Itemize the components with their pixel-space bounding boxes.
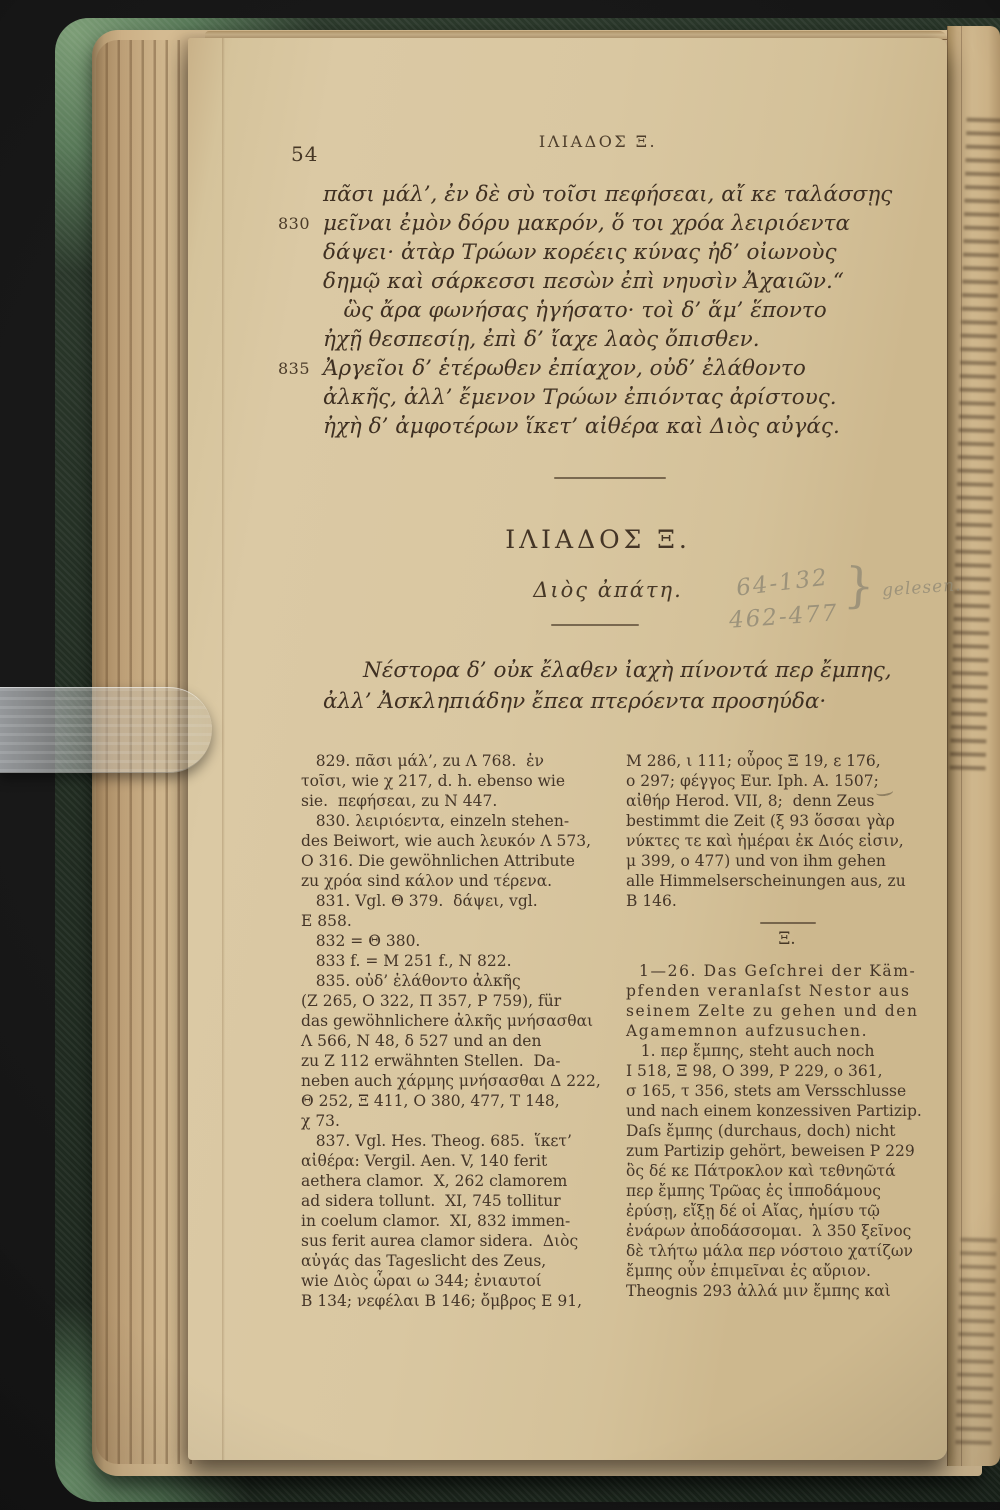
commentary-right-column-rest: 1. περ ἔμπης, steht auch nochI 518, Ξ 98… <box>626 1041 950 1301</box>
text-line: νύκτες τε καὶ ἡμέραι ἐκ Διός εἰσιν, <box>626 831 950 851</box>
commentary-left-column: 829. πᾶσι μάλ’, zu Λ 768. ἐντοῖσι, wie χ… <box>301 751 606 1311</box>
text-line: 831. Vgl. Θ 379. δάψει, vgl. <box>301 891 606 911</box>
text-line: ad sidera tollunt. XI, 745 tollitur <box>301 1191 606 1211</box>
text-line: sus ferit aurea clamor sidera. Διὸς <box>301 1231 606 1251</box>
text-line: αἰθήρ Herod. VII, 8; denn Zeus <box>626 791 950 811</box>
text-line: ο 297; φέγγος Eur. Iph. A. 1507; <box>626 771 950 791</box>
text-line: πᾶσι μάλ’, ἐν δὲ σὺ τοῖσι πεφήσεαι, αἴ κ… <box>323 180 892 209</box>
text-line: E 858. <box>301 911 606 931</box>
page-marker-tab <box>0 687 212 773</box>
section-title: ΙΛΙΑΔΟΣ Ξ. <box>505 525 691 554</box>
text-line: und nach einem konzessiven Partizip. <box>626 1101 950 1121</box>
text-line: seinem Zelte zu gehen und den <box>626 1001 950 1021</box>
text-line: pfenden veranlaſst Nestor aus <box>626 981 950 1001</box>
text-line: 1. περ ἔμπης, steht auch noch <box>626 1041 950 1061</box>
text-line: zu Z 112 erwähnten Stellen. Da- <box>301 1051 606 1071</box>
subtitle-rule <box>551 624 639 626</box>
book-page: 54 ΙΛΙΑΔΟΣ Ξ. 830 835 πᾶσι μάλ’, ἐν δὲ σ… <box>188 38 947 1460</box>
text-line: 835. οὐδ’ ἐλάθοντο ἀλκῆς <box>301 971 606 991</box>
verse-line-number-830: 830 <box>278 214 310 233</box>
blurred-facing-text-top <box>949 118 1000 779</box>
text-line: δὲ τλήτω μάλα περ νόστοιο χατίζων <box>626 1241 950 1261</box>
text-line: δάψει· ἀτὰρ Τρώων κορέεις κύνας ἠδ’ οἰων… <box>323 238 892 267</box>
text-line: αἰθέρα: Vergil. Aen. V, 140 ferit <box>301 1151 606 1171</box>
text-line: Ἀργεῖοι δ’ ἑτέρωθεν ἐπίαχον, οὐδ’ ἐλάθον… <box>323 354 892 383</box>
text-line: zu χρόα sind κάλον und τέρενα. <box>301 871 606 891</box>
text-line: Theognis 293 ἀλλά μιν ἔμπης καὶ <box>626 1281 950 1301</box>
page-crease <box>222 38 225 1460</box>
commentary-right-column-top: M 286, ι 111; οὖρος Ξ 19, ε 176,ο 297; φ… <box>626 751 950 911</box>
text-line: ἔμπης οὖν ἐπιμεῖναι ἐς αὔριον. <box>626 1261 950 1281</box>
text-line: Daſs ἔμπης (durchaus, doch) nicht <box>626 1121 950 1141</box>
text-line: δημῷ καὶ σάρκεσσι πεσὼν ἐπὶ νηυσὶν Ἀχαιῶ… <box>323 267 892 296</box>
text-line: ὣς ἄρα φωνήσας ἡγήσατο· τοὶ δ’ ἅμ’ ἕποντ… <box>323 296 892 325</box>
text-line: das gewöhnlichere ἀλκῆς μνήσασθαι <box>301 1011 606 1031</box>
handwritten-line-range-2: 462-477 <box>728 600 839 634</box>
handwritten-brace: } <box>843 557 876 615</box>
text-line: 833 f. = M 251 f., N 822. <box>301 951 606 971</box>
intro-verse-line-2: ἀλλ’ Ἀσκληπιάδην ἔπεα πτερόεντα προσηύδα… <box>323 689 826 714</box>
running-head: ΙΛΙΑΔΟΣ Ξ. <box>539 132 657 151</box>
text-line: 830. λειριόεντα, einzeln stehen- <box>301 811 606 831</box>
text-line: χ 73. <box>301 1111 606 1131</box>
text-line: 837. Vgl. Hes. Theog. 685. ἵκετ’ <box>301 1131 606 1151</box>
text-line: ἐρύσῃ, εἴξῃ δέ οἱ Αἴας, ἡμίσυ τῷ <box>626 1201 950 1221</box>
text-line: B 134; νεφέλαι B 146; ὄμβρος E 91, <box>301 1291 606 1311</box>
text-line: sie. πεφήσεαι, zu N 447. <box>301 791 606 811</box>
text-line: Λ 566, N 48, δ 527 und an den <box>301 1031 606 1051</box>
text-line: ἠχὴ δ’ ἀμφοτέρων ἵκετ’ αἰθέρα καὶ Διὸς α… <box>323 412 892 441</box>
section-divider-rule <box>554 477 666 479</box>
page-number: 54 <box>291 142 318 166</box>
text-line: des Beiwort, wie auch λευκόν Λ 573, <box>301 831 606 851</box>
section-subtitle: Διὸς ἀπάτη. <box>533 578 683 602</box>
book-photo-scene: 54 ΙΛΙΑΔΟΣ Ξ. 830 835 πᾶσι μάλ’, ἐν δὲ σ… <box>0 0 1000 1510</box>
text-line: μεῖναι ἐμὸν δόρυ μακρόν, ὅ τοι χρόα λειρ… <box>323 209 892 238</box>
text-line: M 286, ι 111; οὖρος Ξ 19, ε 176, <box>626 751 950 771</box>
text-line: Θ 252, Ξ 411, O 380, 477, T 148, <box>301 1091 606 1111</box>
text-line: ἐνάρων ἀποδάσσομαι. λ 350 ξεῖνος <box>626 1221 950 1241</box>
text-line: I 518, Ξ 98, O 399, P 229, ο 361, <box>626 1061 950 1081</box>
text-line: 832 = Θ 380. <box>301 931 606 951</box>
text-line: alle Himmelserscheinungen aus, zu <box>626 871 950 891</box>
text-line: ἠχῇ θεσπεσίῃ, ἐπὶ δ’ ἴαχε λαὸς ὄπισθεν. <box>323 325 892 354</box>
right-column-rule <box>760 922 816 924</box>
text-line: σ 165, τ 356, stets am Versschlusse <box>626 1081 950 1101</box>
text-line: B 146. <box>626 891 950 911</box>
text-line: aethera clamor. X, 262 clamorem <box>301 1171 606 1191</box>
text-line: (Z 265, O 322, Π 357, P 759), für <box>301 991 606 1011</box>
intro-verse-line-1: Νέστορα δ’ οὐκ ἔλαθεν ἰαχὴ πίνοντά περ ἔ… <box>363 658 892 683</box>
fore-edge-pages <box>947 26 1000 1466</box>
text-line: O 316. Die gewöhnlichen Attribute <box>301 851 606 871</box>
text-line: ὃς δέ κε Πάτροκλον καὶ τεθνηῶτά <box>626 1161 950 1181</box>
text-line: περ ἔμπης Τρῶας ἐς ἱπποδάμους <box>626 1181 950 1201</box>
text-line: ἀλκῆς, ἀλλ’ ἔμενον Τρώων ἐπιόντας ἀρίστο… <box>323 383 892 412</box>
verse-line-number-835: 835 <box>278 359 310 378</box>
text-line: Agamemnon aufzusuchen. <box>626 1021 950 1041</box>
commentary-right-column-spaced: 1—26. Das Geſchrei der Käm-pfenden veran… <box>626 961 950 1041</box>
text-line: τοῖσι, wie χ 217, d. h. ebenso wie <box>301 771 606 791</box>
text-line: wie Διὸς ὧραι ω 344; ἐνιαυτοί <box>301 1271 606 1291</box>
text-line: zum Partizip gehört, beweisen P 229 <box>626 1141 950 1161</box>
text-line: 1—26. Das Geſchrei der Käm- <box>626 961 950 981</box>
text-line: neben auch χάρμης μνήσασθαι Δ 222, <box>301 1071 606 1091</box>
text-line: αὐγάς das Tageslicht des Zeus, <box>301 1251 606 1271</box>
text-line: bestimmt die Zeit (ξ 93 ὅσσαι γὰρ <box>626 811 950 831</box>
text-line: in coelum clamor. XI, 832 immen- <box>301 1211 606 1231</box>
text-line: μ 399, ο 477) und von ihm gehen <box>626 851 950 871</box>
text-line: 829. πᾶσι μάλ’, zu Λ 768. ἐν <box>301 751 606 771</box>
handwritten-line-range-1: 64-132 <box>735 564 830 601</box>
book-xi-heading: Ξ. <box>778 929 795 949</box>
blurred-facing-text-bottom <box>955 1238 997 1451</box>
greek-verse-block: πᾶσι μάλ’, ἐν δὲ σὺ τοῖσι πεφήσεαι, αἴ κ… <box>323 180 892 441</box>
